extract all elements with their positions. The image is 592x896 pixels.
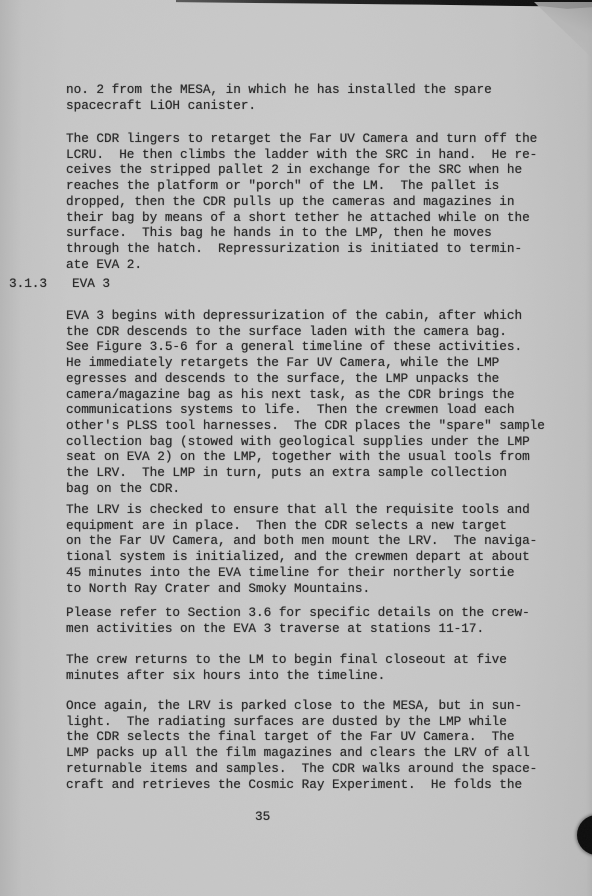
section-number: 3.1.3 (9, 276, 47, 292)
paragraph-5: Please refer to Section 3.6 for specific… (66, 605, 530, 636)
paragraph-2: The CDR lingers to retarget the Far UV C… (66, 131, 537, 272)
scan-top-edge-shadow (176, 0, 592, 9)
paragraph-4: The LRV is checked to ensure that all th… (66, 502, 537, 596)
scanned-document-page: no. 2 from the MESA, in which he has ins… (0, 0, 592, 896)
section-title: EVA 3 (72, 276, 110, 292)
page-number: 35 (255, 809, 270, 825)
paragraph-7: Once again, the LRV is parked close to t… (66, 698, 537, 792)
paragraph-1: no. 2 from the MESA, in which he has ins… (66, 82, 492, 113)
paragraph-6: The crew returns to the LM to begin fina… (66, 652, 507, 683)
paragraph-3: EVA 3 begins with depressurization of th… (66, 308, 545, 496)
binding-hole (577, 815, 592, 855)
page-corner-underlay (534, 2, 592, 58)
